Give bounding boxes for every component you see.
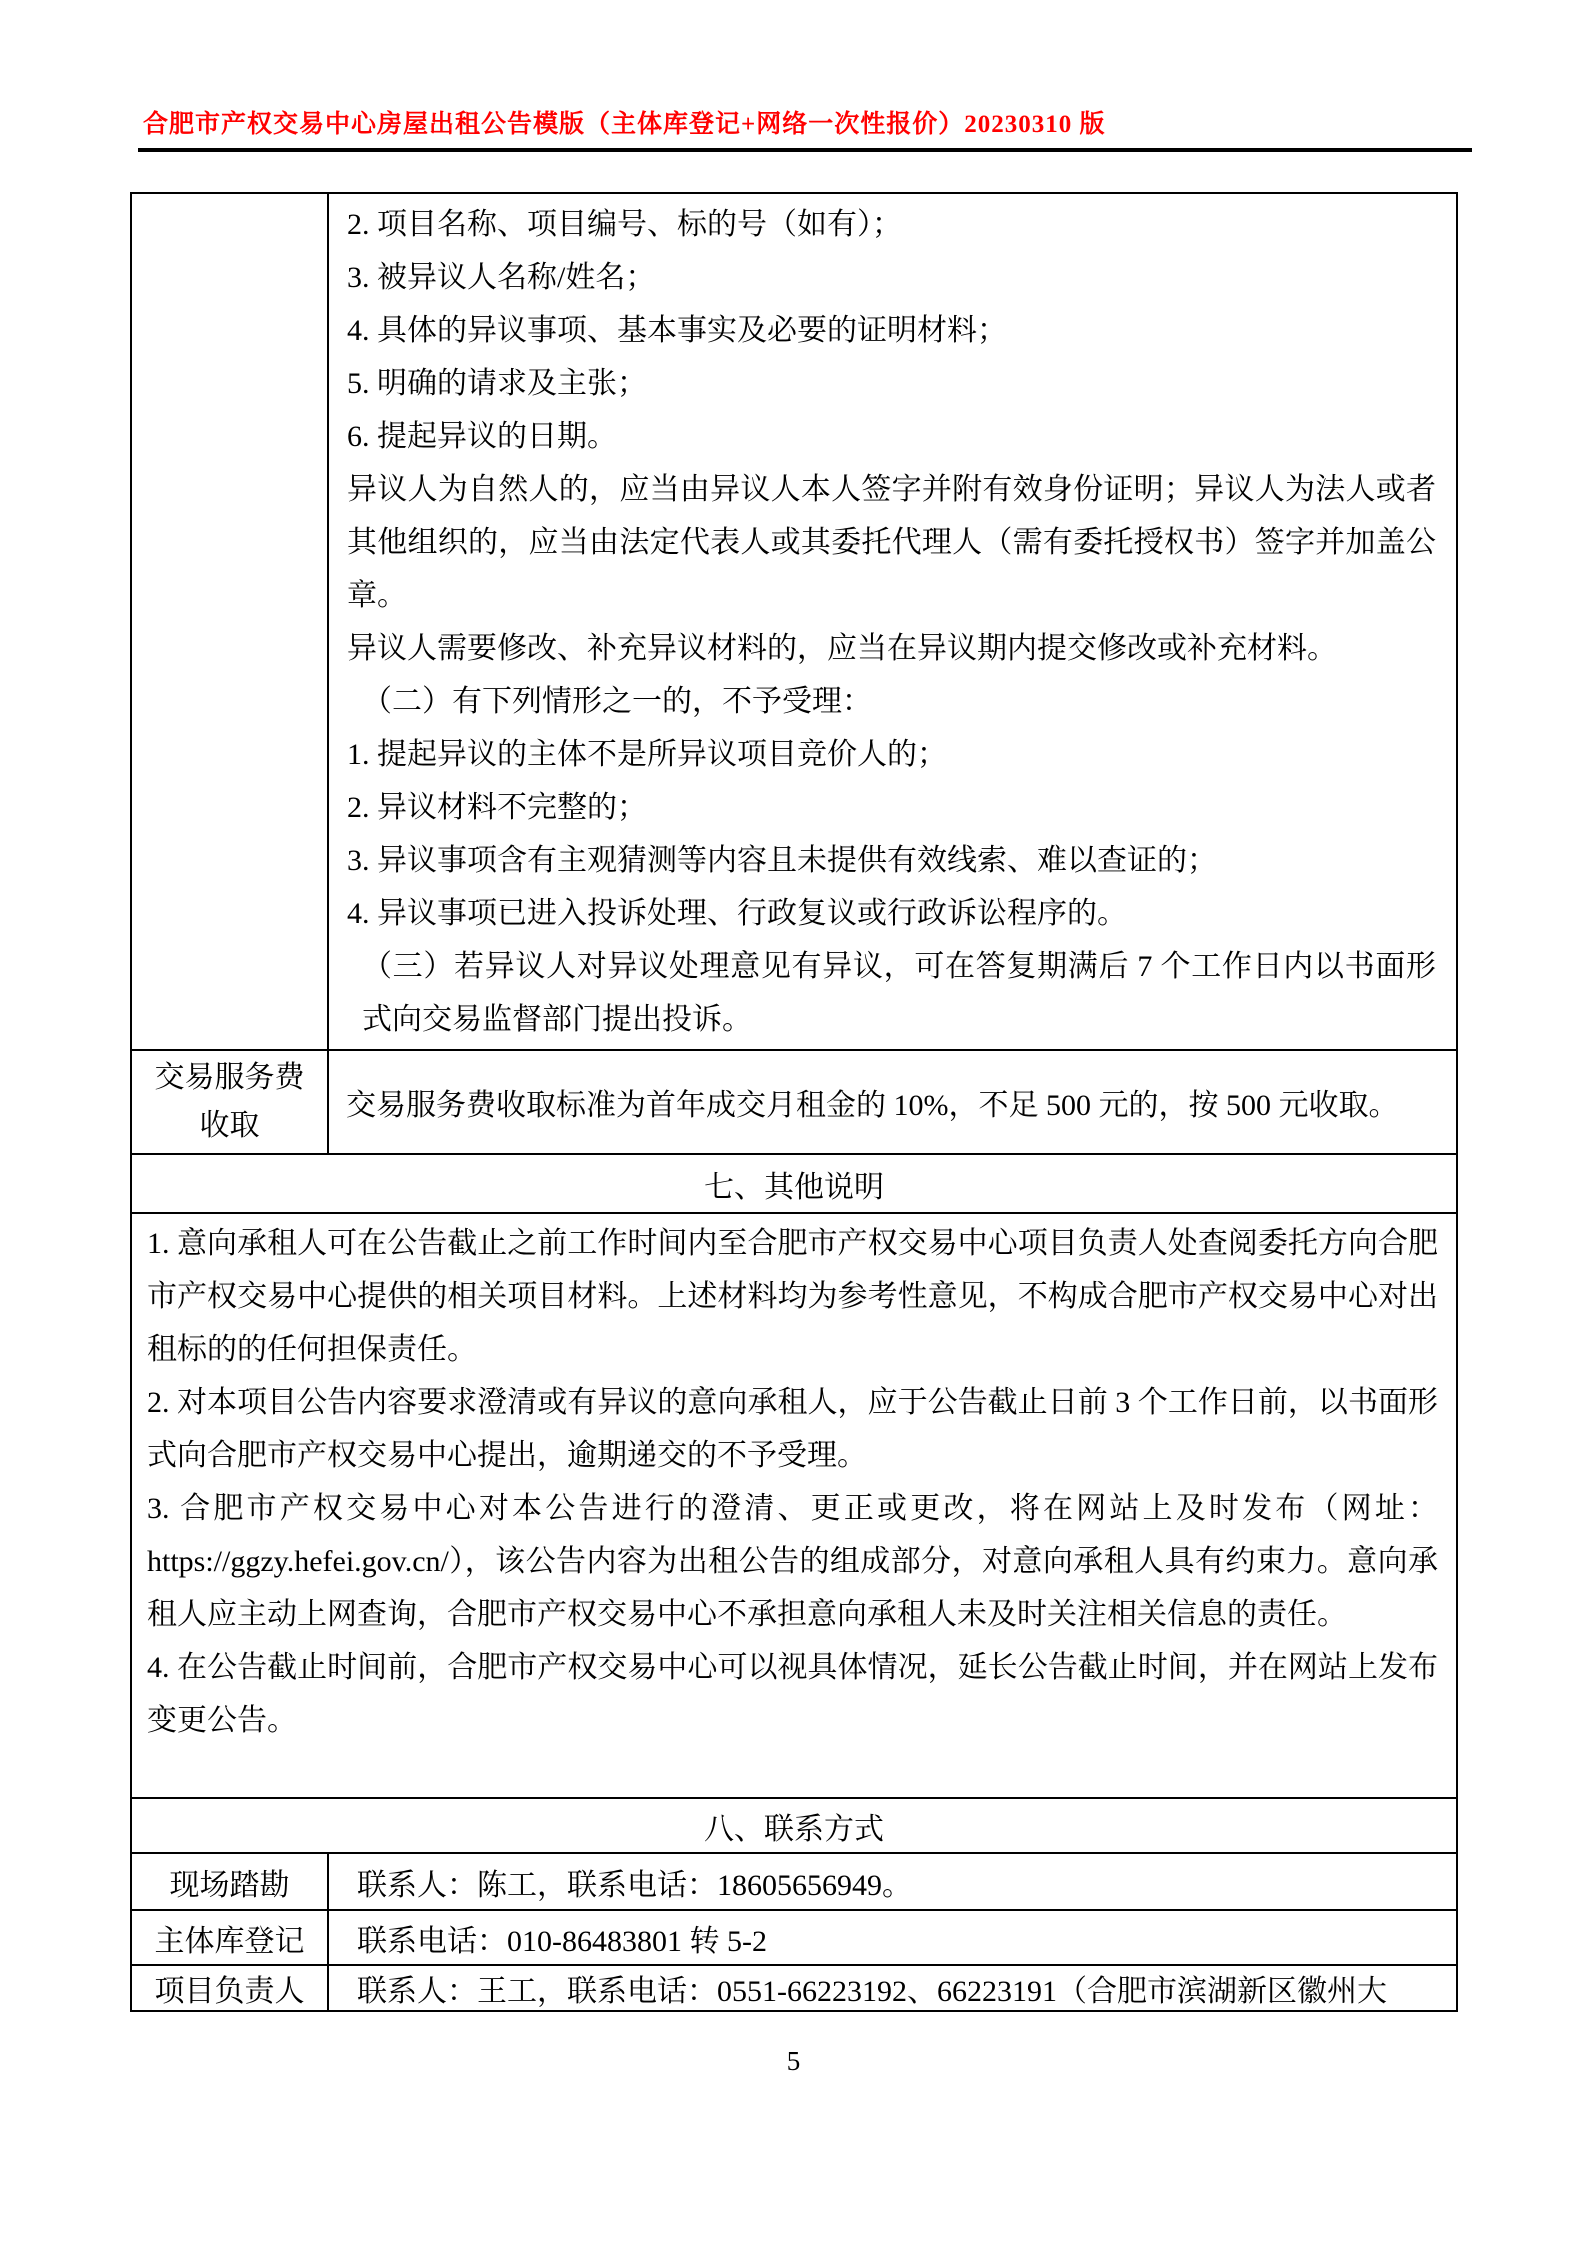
contact-content: 联系人：陈工，联系电话：18605656949。 [357,1860,912,1904]
objection-paragraph: 4. 具体的异议事项、基本事实及必要的证明材料； [347,304,1436,357]
objection-details-cell: 2. 项目名称、项目编号、标的号（如有）； 3. 被异议人名称/姓名； 4. 具… [329,194,1456,1049]
objection-paragraph: 2. 异议材料不完整的； [347,781,1436,834]
contact-content: 联系人：王工，联系电话：0551-66223192、66223191（合肥市滨湖… [357,1966,1387,2010]
service-fee-content-cell: 交易服务费收取标准为首年成交月租金的 10%，不足 500 元的，按 500 元… [329,1051,1456,1153]
objection-paragraph: 5. 明确的请求及主张； [347,357,1436,410]
section-8-title: 八、联系方式 [704,1804,884,1848]
table-row-service-fee: 交易服务费 收取 交易服务费收取标准为首年成交月租金的 10%，不足 500 元… [132,1051,1456,1155]
objection-paragraph: （三）若异议人对异议处理意见有异议，可在答复期满后 7 个工作日内以书面形式向交… [347,940,1436,1046]
section-7-content-row: 1. 意向承租人可在公告截止之前工作时间内至合肥市产权交易中心项目负责人处查阅委… [132,1214,1456,1799]
contact-row-registry: 主体库登记 联系电话：010-86483801 转 5-2 [132,1911,1456,1966]
objection-paragraph: 异议人为自然人的，应当由异议人本人签字并附有效身份证明；异议人为法人或者其他组织… [347,463,1436,622]
table-row-objection-details: 2. 项目名称、项目编号、标的号（如有）； 3. 被异议人名称/姓名； 4. 具… [132,194,1456,1051]
contact-content-cell: 联系电话：010-86483801 转 5-2 [329,1911,1456,1964]
objection-paragraph: 6. 提起异议的日期。 [347,410,1436,463]
contact-label-cell: 项目负责人 [132,1966,329,2010]
contact-label-cell: 主体库登记 [132,1911,329,1964]
contact-label: 现场踏勘 [170,1860,290,1904]
section-7-content-cell: 1. 意向承租人可在公告截止之前工作时间内至合肥市产权交易中心项目负责人处查阅委… [132,1214,1456,1797]
document-page: 合肥市产权交易中心房屋出租公告模版（主体库登记+网络一次性报价）20230310… [0,0,1587,2245]
section-7-title: 七、其他说明 [704,1162,884,1206]
other-note-paragraph: 2. 对本项目公告内容要求澄清或有异议的意向承租人，应于公告截止日前 3 个工作… [147,1376,1438,1482]
page-number: 5 [0,2046,1587,2077]
contact-content: 联系电话：010-86483801 转 5-2 [357,1916,767,1960]
service-fee-label-line: 交易服务费 [155,1054,305,1102]
contact-content-cell: 联系人：陈工，联系电话：18605656949。 [329,1854,1456,1909]
contact-label: 主体库登记 [155,1916,305,1960]
contact-label: 项目负责人 [155,1966,305,2010]
contact-content-cell: 联系人：王工，联系电话：0551-66223192、66223191（合肥市滨湖… [329,1966,1456,2010]
header-divider-rule [138,148,1472,152]
document-title: 合肥市产权交易中心房屋出租公告模版（主体库登记+网络一次性报价）20230310… [143,104,1106,140]
objection-paragraph: 3. 异议事项含有主观猜测等内容且未提供有效线索、难以查证的； [347,834,1436,887]
other-note-paragraph: 1. 意向承租人可在公告截止之前工作时间内至合肥市产权交易中心项目负责人处查阅委… [147,1217,1438,1376]
contact-row-project-manager: 项目负责人 联系人：王工，联系电话：0551-66223192、66223191… [132,1966,1456,2010]
objection-paragraph: 2. 项目名称、项目编号、标的号（如有）； [347,198,1436,251]
objection-paragraph: 1. 提起异议的主体不是所异议项目竞价人的； [347,728,1436,781]
contact-row-site-visit: 现场踏勘 联系人：陈工，联系电话：18605656949。 [132,1854,1456,1911]
objection-paragraph: 3. 被异议人名称/姓名； [347,251,1436,304]
section-7-header-row: 七、其他说明 [132,1155,1456,1214]
objection-row-label-cell-empty [132,194,329,1049]
objection-paragraph: 异议人需要修改、补充异议材料的，应当在异议期内提交修改或补充材料。 [347,622,1436,675]
service-fee-content: 交易服务费收取标准为首年成交月租金的 10%，不足 500 元的，按 500 元… [346,1080,1399,1124]
other-note-paragraph: 4. 在公告截止时间前，合肥市产权交易中心可以视具体情况，延长公告截止时间，并在… [147,1641,1438,1747]
service-fee-label-cell: 交易服务费 收取 [132,1051,329,1153]
objection-paragraph: （二）有下列情形之一的，不予受理： [347,675,1436,728]
contact-label-cell: 现场踏勘 [132,1854,329,1909]
other-note-paragraph: 3. 合肥市产权交易中心对本公告进行的澄清、更正或更改，将在网站上及时发布（网址… [147,1482,1438,1641]
objection-paragraph: 4. 异议事项已进入投诉处理、行政复议或行政诉讼程序的。 [347,887,1436,940]
service-fee-label-line: 收取 [200,1102,260,1150]
section-8-header-row: 八、联系方式 [132,1799,1456,1854]
announcement-table: 2. 项目名称、项目编号、标的号（如有）； 3. 被异议人名称/姓名； 4. 具… [130,192,1458,2012]
